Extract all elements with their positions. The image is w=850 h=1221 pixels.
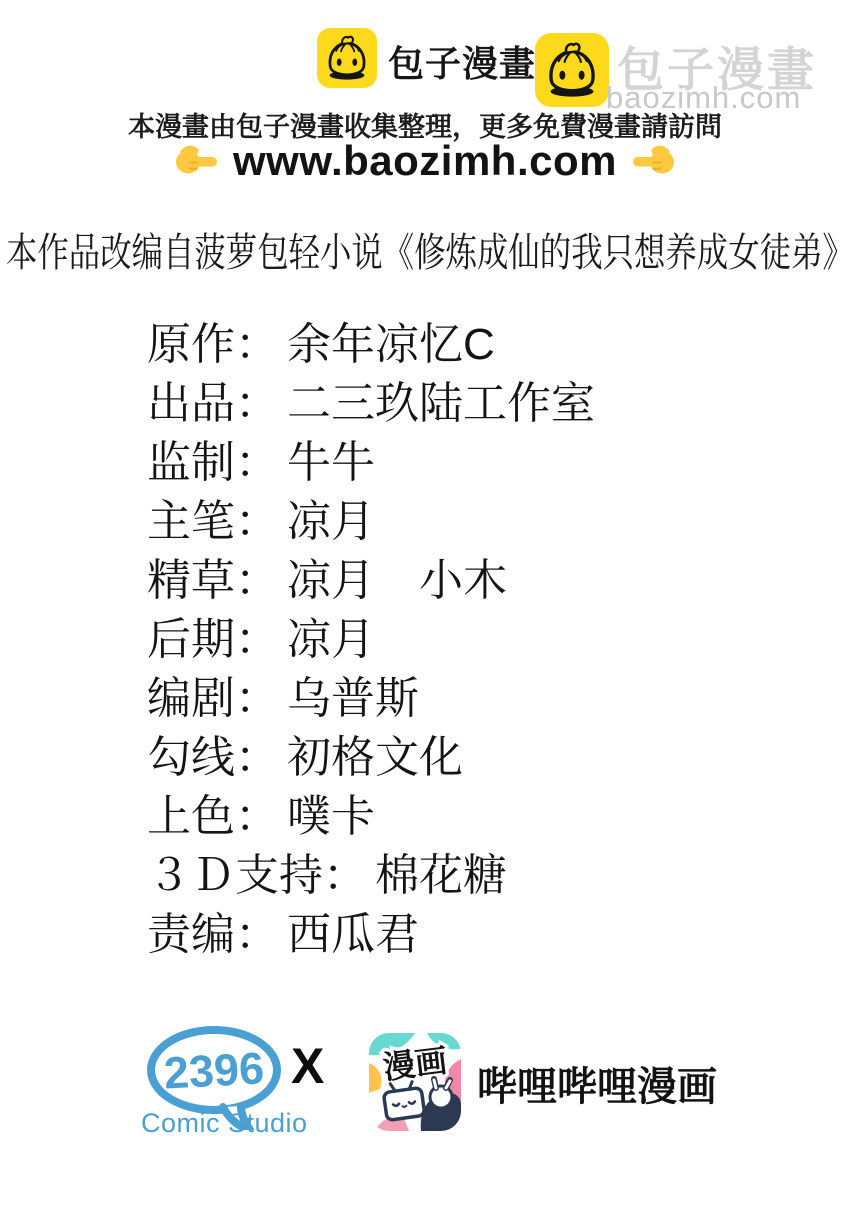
site-url[interactable]: www.baozimh.com [233,137,617,185]
credit-row: ３Ｄ支持：棉花糖 [147,846,595,905]
credit-role: 勾线： [147,733,279,782]
studio-2396-number: 2396 [163,1042,266,1098]
credit-name: 二三玖陆工作室 [287,379,595,428]
credit-name: 噗卡 [287,792,375,841]
credit-row: 勾线：初格文化 [147,728,595,787]
credit-row: 监制：牛牛 [147,433,595,492]
credit-row: 主笔：凉月 [147,492,595,551]
adaptation-notice: 本作品改编自菠萝包轻小说《修炼成仙的我只想养成女徒弟》 [6,221,850,278]
credit-role: 精草： [147,556,279,605]
credit-role: 监制： [147,438,279,487]
brand-title: 包子漫畫 [388,36,536,87]
collab-x-mark: X [291,1037,324,1095]
credit-name: 棉花糖 [375,851,507,900]
credit-row: 精草：凉月 小木 [147,551,595,610]
brand-bun-icon [317,28,377,88]
site-url-row: www.baozimh.com [0,136,850,186]
credit-role: 出品： [147,379,279,428]
credit-name: 西瓜君 [287,910,419,959]
credit-role: ３Ｄ支持： [147,851,367,900]
bilibili-manga-app-icon: 漫画 [369,1033,461,1131]
credits-list: 原作：余年凉忆C 出品：二三玖陆工作室 监制：牛牛 主笔：凉月 精草：凉月 小木… [147,315,595,964]
credit-name: 乌普斯 [287,674,419,723]
credit-role: 责编： [147,910,279,959]
credit-row: 责编：西瓜君 [147,905,595,964]
credit-row: 上色：噗卡 [147,787,595,846]
credit-name: 余年凉忆C [287,320,495,369]
credit-row: 后期：凉月 [147,610,595,669]
credit-row: 原作：余年凉忆C [147,315,595,374]
credit-role: 编剧： [147,674,279,723]
pointing-right-hand-icon [173,138,219,184]
studio-subtitle: Comic Studio [141,1108,293,1139]
credit-role: 原作： [147,320,279,369]
comic-credits-page: 包子漫畫 包子漫畫 baozimh.com 本漫畫由包子漫畫收集整理，更多免費漫… [0,0,850,1221]
bilibili-manga-label: 哔哩哔哩漫画 [477,1055,717,1112]
watermark-bun-icon [535,33,609,107]
credit-name: 凉月 [287,497,375,546]
credit-row: 出品：二三玖陆工作室 [147,374,595,433]
credit-role: 上色： [147,792,279,841]
credit-name: 凉月 小木 [287,556,507,605]
credit-role: 主笔： [147,497,279,546]
credit-name: 凉月 [287,615,375,664]
credit-name: 牛牛 [287,438,375,487]
credit-role: 后期： [147,615,279,664]
pointing-left-hand-icon [631,138,677,184]
credit-name: 初格文化 [287,733,463,782]
credit-row: 编剧：乌普斯 [147,669,595,728]
